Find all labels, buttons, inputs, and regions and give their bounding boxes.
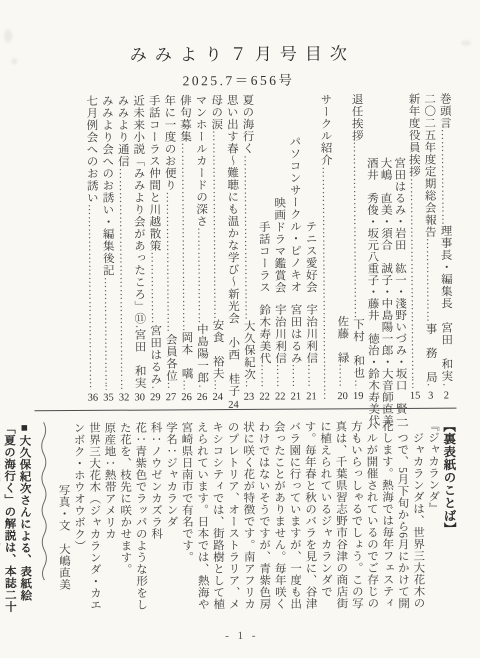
dot-leader: ………………………………………………………………………………………………………… [422,238,437,323]
toc-author: 安食 裕夫 [210,319,225,380]
toc-author: 下村 和也 [350,318,365,379]
toc-entry: 酒井 秀俊・坂元八重子・藤井 徳治・鈴木寿美代 [364,93,379,465]
toc-page-number: 26 [180,392,194,403]
toc-page-number: 22 [273,391,287,402]
dot-leader-short: …… [163,382,178,389]
dot-leader: ………………………………………………………………………………………………………… [162,191,178,333]
dot-leader: ………………………………………………………………………………………………………… [240,154,256,319]
fact-family: 科：ノウゼンカズラ科 [147,421,164,621]
scanned-page: みみより７月号目次 2025.7＝656号 巻頭言………………………………………… [0,0,480,658]
toc-page-number: 19 [351,391,365,402]
toc-page-number: 24 [211,392,225,403]
dot-leader-short: …… [195,384,210,389]
dot-leader: ………………………………………………………………………………………………………… [209,130,225,318]
dot-leader-short: …… [116,379,131,390]
dot-leader-short: …… [335,364,350,388]
dot-leader-short: …… [85,381,100,390]
scan-tilt-wrapper: みみより７月号目次 2025.7＝656号 巻頭言………………………………………… [0,0,480,658]
toc-page-number: 21 [289,391,303,402]
toc-page-number: 29 [148,392,162,403]
toc-title: 俳句募集 [177,94,192,142]
toc-page-number: 21 [304,391,318,402]
toc-entry: 思い出す春～難聴にも温かな学び～………………………………………………………………… [224,94,241,402]
toc-entry: 母の涙…………………………………………………………………………………………………… [208,94,225,402]
toc-entry: 年に一度のお便り……………………………………………………………………………………… [162,94,179,402]
back-cover-body: ジャカランダは、世界三大花木の一つで、5月下旬から6月にかけて開花します。熱海で… [178,420,426,622]
toc-entry: 近未来小説「みみより会があったころ」⑪………………………………………………………… [130,95,147,403]
toc-author: 中島陽一郎 [194,323,209,384]
leading-spacer [341,93,342,315]
issue-number: 2025.7＝656号 [0,68,479,91]
toc-page-number: 30 [133,392,147,403]
toc-entry: 七月例会へのお誘い…………………………………………………………………………………… [83,95,100,403]
toc-title: テニス愛好会 [303,221,318,294]
table-of-contents: 巻頭言…………………………………………………………………………………………………… [23,93,455,404]
toc-page-number: 26 [195,392,209,403]
dot-leader-short: …… [423,383,438,387]
toc-entry: みみより通信…………………………………………………………………………………………… [115,95,132,403]
toc-entry: 手話コーラス鈴木寿美代……22 [255,94,272,402]
photo-text-credit: 写真・文 大嶋直美 [55,422,72,622]
back-cover-subject: 『ジャカランダ』 [424,420,441,620]
toc-entry: 二〇二五年度定期総会報告…………………………………………………………………………… [421,93,438,401]
toc-entry: 俳句募集………………………………………………………………………………………………… [177,94,194,402]
toc-page-number: 35 [102,392,116,403]
toc-title: 思い出す春～難聴にも温かな学び～ [224,94,240,288]
dot-leader: ………………………………………………………………………………………………………… [406,178,422,378]
dot-leader-short: …… [407,377,422,387]
toc-title: 退任挨拶 [349,93,364,141]
toc-author: 会員各位 [163,333,178,381]
dot-leader: ………………………………………………………………………………………………………… [318,166,334,401]
toc-title: 新年度役員挨拶 [406,93,421,178]
toc-title: 近未来小説「みみより会があったころ」⑪ [130,95,146,325]
toc-author: 事 務 局 [423,323,438,384]
toc-title: 巻頭言 [437,93,452,129]
toc-page-number: 2 [439,390,453,401]
toc-page-number: 15 [408,390,422,401]
toc-title: みみより会へのお誘い・編集後記 [99,95,115,277]
dot-leader: ………………………………………………………………………………………………………… [147,252,162,325]
page-header: みみより７月号目次 2025.7＝656号 [0,39,479,91]
toc-entry: 佐藤 緑……20 [333,93,350,401]
toc-entry: 大嶋 直美・須合 誠子・中島陽一郎・大音師直美 [378,93,393,465]
dot-leader: ………………………………………………………………………………………………………… [194,227,209,323]
toc-title: マンホールカードの深さ [193,94,209,227]
toc-entry: 宮田はるみ・岩田 紘一・淺野いづみ・坂口 賢一 [392,93,407,465]
toc-entry: 手話コーラス仲間と川越散策………………………………………………………………………… [146,94,163,402]
toc-author: 鈴木寿美代 [256,304,271,365]
toc-contributor-names: 大嶋 直美・須合 誠子・中島陽一郎・大音師直美 [379,157,394,426]
toc-entry: みみより会へのお誘い・編集後記…………………………………………………………………… [99,95,116,403]
dot-leader-short: …… [288,364,303,388]
toc-title: 年に一度のお便り [162,94,177,191]
toc-entry: テニス愛好会宇治川利信……21 [302,94,319,402]
dot-leader-short: …… [439,382,454,387]
dot-leader-short: …… [304,364,319,388]
toc-author: 宇治川利信 [272,304,287,365]
toc-title: サークル紹介 [318,93,333,166]
dot-leader: ………………………………………………………………………………………………………… [437,129,452,225]
dot-leader-short: …… [272,364,287,388]
back-cover-heading: 【裏表紙のことば】 [440,420,458,620]
dot-leader: ………………………………………………………………………………………………………… [177,143,193,331]
toc-page-number: 23 [242,391,256,402]
toc-page-number: 32 [117,392,131,403]
toc-title: 手話コーラス仲間と川越散策 [146,94,162,251]
toc-author: 岡本 嚆 [179,331,194,379]
toc-title: 手話コーラス [256,221,271,294]
dot-leader-short: …… [148,385,163,389]
toc-title: 二〇二五年度定期総会報告 [421,93,437,238]
toc-entry: 新年度役員挨拶………………………………………………………………………………………… [406,93,423,401]
toc-page-number: 22 [258,391,272,402]
toc-title: 夏の海行く [240,94,255,155]
toc-entry: パソコンサークル・ピノキオ宮田はるみ……21 [286,94,303,402]
toc-page-number: 36 [86,392,100,403]
dot-leader-short: …… [101,384,116,389]
toc-author: 宮田 和実 [132,328,147,389]
toc-contributor-names: 宮田はるみ・岩田 紘一・淺野いづみ・坂口 賢一 [392,157,407,426]
dot-leader: ………………………………………………………………………………………………………… [84,204,100,381]
toc-entry: 退任挨拶………………………………………………………………………………………………… [349,93,366,401]
toc-author: 宮田はるみ [147,325,162,386]
toc-author: 宇治川利信 [303,303,318,364]
toc-title: 母の涙 [208,94,223,130]
toc-author: 大久保紀次 [241,320,256,381]
toc-page-number: 3 [424,390,438,401]
toc-title: パソコンサークル・ピノキオ [287,136,303,293]
toc-author: 新光会 小西 桂子 [225,288,240,397]
toc-page-number: 27 [164,392,178,403]
toc-author: 宮田はるみ [288,303,303,364]
dot-leader-short: …… [257,364,272,388]
toc-title: 七月例会へのお誘い [83,95,98,204]
wavy-divider [35,422,52,622]
back-cover-note-section: 【裏表紙のことば】 『ジャカランダ』 ジャカランダは、世界三大花木の一つで、5月… [23,420,458,623]
toc-title: みみより通信 [115,95,130,168]
leading-spacer [263,94,264,221]
toc-page-number: 20 [336,391,350,402]
fact-origin: 原産地：熱帯アメリカ [101,422,118,622]
editor-note: ■大久保紀次さんによる、表紙絵「夏の海行く」の解説は、本誌二十三頁に掲載していま… [0,422,32,622]
dot-leader: ………………………………………………………………………………………………………… [349,142,365,319]
toc-author: 理事長・編集長 宮田 和実 [438,225,454,382]
dot-leader-short: …… [210,379,225,389]
fact-three-trees: 世界三大花木（ジャカランダ・カエンボク・ホウオウボク） [70,422,102,622]
toc-entry: 巻頭言…………………………………………………………………………………………………… [437,93,454,401]
toc-entry: 映画ドラマ鑑賞会宇治川利信……22 [271,94,288,402]
newsletter-title: みみより７月号目次 [0,39,478,67]
toc-title: 映画ドラマ鑑賞会 [271,197,286,294]
dot-leader: ………………………………………………………………………………………………………… [100,276,115,384]
leading-spacer [278,94,279,197]
dot-leader: ………………………………………………………………………………………………………… [115,167,131,378]
toc-entry: マンホールカードの深さ……………………………………………………………………………… [193,94,210,402]
dot-leader-short: …… [241,380,256,388]
page-number: - 1 - [2,629,480,644]
toc-entry: サークル紹介…………………………………………………………………………………………… [318,93,335,401]
fact-flower: 花：青紫色でラッパのような形をした花を、枝先に咲かせます。 [116,422,148,622]
dot-leader-short: …… [179,379,194,389]
fact-scientific-name: 学名：ジャカランダ [163,421,180,621]
toc-entry: 夏の海行く……………………………………………………………………………………………… [240,94,257,402]
dot-leader-short: …… [351,379,366,388]
toc-author: 佐藤 緑 [335,315,350,363]
leading-spacer [309,94,310,221]
toc-contributor-names: 酒井 秀俊・坂元八重子・藤井 徳治・鈴木寿美代 [365,157,380,426]
